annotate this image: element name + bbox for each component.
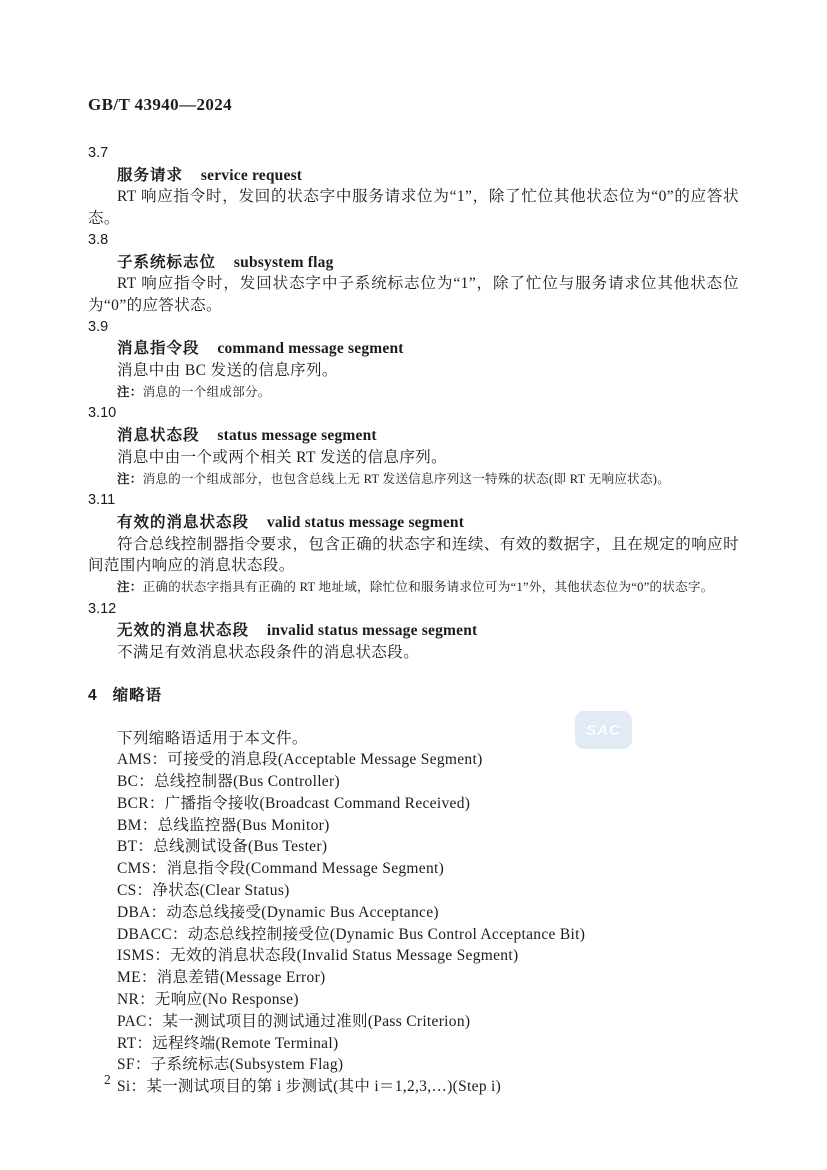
clause-3-9: 3.9 消息指令段 command message segment 消息中由 B… <box>88 317 739 404</box>
abbreviation-item: DBA：动态总线接受(Dynamic Bus Acceptance) <box>88 902 739 924</box>
clause-number: 3.7 <box>88 143 739 165</box>
abbreviation-item: BT：总线测试设备(Bus Tester) <box>88 836 739 858</box>
term-definition: RT 响应指令时，发回状态字中子系统标志位为“1”，除了忙位与服务请求位其他状态… <box>88 273 739 316</box>
clause-number: 3.11 <box>88 490 739 512</box>
document-page: GB/T 43940—2024 3.7 服务请求 service request… <box>0 0 827 1170</box>
term-definition: 符合总线控制器指令要求，包含正确的状态字和连续、有效的数据字，且在规定的响应时间… <box>88 534 739 577</box>
term-english: service request <box>201 167 302 184</box>
abbreviation-item: SF：子系统标志(Subsystem Flag) <box>88 1054 739 1076</box>
term-english: status message segment <box>217 427 376 444</box>
section-4-heading: 4缩略语 <box>88 685 739 707</box>
term-heading: 有效的消息状态段 valid status message segment <box>88 512 739 534</box>
clause-number: 3.12 <box>88 599 739 621</box>
abbreviation-item: Si：某一测试项目的第 i 步测试(其中 i＝1,2,3,…)(Step i) <box>88 1076 739 1098</box>
clause-3-10: 3.10 消息状态段 status message segment 消息中由一个… <box>88 403 739 490</box>
term-note: 注：消息的一个组成部分。 <box>88 382 739 404</box>
term-heading: 子系统标志位 subsystem flag <box>88 252 739 274</box>
note-label: 注： <box>117 580 143 594</box>
term-english: command message segment <box>217 340 403 357</box>
page-content: GB/T 43940—2024 3.7 服务请求 service request… <box>0 0 827 1098</box>
term-heading: 无效的消息状态段 invalid status message segment <box>88 620 739 642</box>
clause-3-11: 3.11 有效的消息状态段 valid status message segme… <box>88 490 739 599</box>
page-number: 2 <box>104 1072 111 1088</box>
abbreviation-item: BC：总线控制器(Bus Controller) <box>88 771 739 793</box>
term-chinese: 消息状态段 <box>117 427 200 444</box>
term-english: subsystem flag <box>234 254 334 271</box>
term-note: 注：正确的状态字指具有正确的 RT 地址域，除忙位和服务请求位可为“1”外，其他… <box>88 577 739 599</box>
term-note: 注：消息的一个组成部分，也包含总线上无 RT 发送信息序列这一特殊的状态(即 R… <box>88 469 739 491</box>
note-label: 注： <box>117 385 143 399</box>
term-heading: 消息状态段 status message segment <box>88 425 739 447</box>
term-definition: 不满足有效消息状态段条件的消息状态段。 <box>88 642 739 664</box>
abbreviation-item: AMS：可接受的消息段(Acceptable Message Segment) <box>88 749 739 771</box>
abbreviation-item: DBACC：动态总线控制接受位(Dynamic Bus Control Acce… <box>88 924 739 946</box>
section-title: 缩略语 <box>113 687 163 704</box>
note-text: 正确的状态字指具有正确的 RT 地址域，除忙位和服务请求位可为“1”外，其他状态… <box>143 580 714 594</box>
clause-number: 3.8 <box>88 230 739 252</box>
section-number: 4 <box>88 687 98 704</box>
term-definition: RT 响应指令时，发回的状态字中服务请求位为“1”，除了忙位其他状态位为“0”的… <box>88 186 739 229</box>
clause-3-12: 3.12 无效的消息状态段 invalid status message seg… <box>88 599 739 664</box>
abbreviation-item: RT：远程终端(Remote Terminal) <box>88 1033 739 1055</box>
note-text: 消息的一个组成部分，也包含总线上无 RT 发送信息序列这一特殊的状态(即 RT … <box>143 472 670 486</box>
abbreviation-item: ISMS：无效的消息状态段(Invalid Status Message Seg… <box>88 945 739 967</box>
abbreviation-item: PAC：某一测试项目的测试通过准则(Pass Criterion) <box>88 1011 739 1033</box>
sac-watermark-logo: SAC <box>575 711 632 749</box>
standard-number-header: GB/T 43940—2024 <box>88 94 739 116</box>
abbreviation-item: ME：消息差错(Message Error) <box>88 967 739 989</box>
abbreviation-item: NR：无响应(No Response) <box>88 989 739 1011</box>
abbreviation-item: BCR：广播指令接收(Broadcast Command Received) <box>88 793 739 815</box>
note-label: 注： <box>117 472 143 486</box>
term-chinese: 无效的消息状态段 <box>117 622 249 639</box>
abbreviations-intro: 下列缩略语适用于本文件。 <box>88 728 739 750</box>
note-text: 消息的一个组成部分。 <box>143 385 271 399</box>
abbreviation-item: CS：净状态(Clear Status) <box>88 880 739 902</box>
term-chinese: 有效的消息状态段 <box>117 514 249 531</box>
term-heading: 消息指令段 command message segment <box>88 338 739 360</box>
clause-3-7: 3.7 服务请求 service request RT 响应指令时，发回的状态字… <box>88 143 739 230</box>
term-chinese: 服务请求 <box>117 167 183 184</box>
clause-number: 3.9 <box>88 317 739 339</box>
term-chinese: 消息指令段 <box>117 340 200 357</box>
abbreviation-list: AMS：可接受的消息段(Acceptable Message Segment) … <box>88 749 739 1098</box>
term-english: valid status message segment <box>267 514 464 531</box>
abbreviation-item: CMS：消息指令段(Command Message Segment) <box>88 858 739 880</box>
term-definition: 消息中由一个或两个相关 RT 发送的信息序列。 <box>88 447 739 469</box>
abbreviation-item: BM：总线监控器(Bus Monitor) <box>88 815 739 837</box>
clause-number: 3.10 <box>88 403 739 425</box>
term-definition: 消息中由 BC 发送的信息序列。 <box>88 360 739 382</box>
term-heading: 服务请求 service request <box>88 165 739 187</box>
term-chinese: 子系统标志位 <box>117 254 216 271</box>
term-english: invalid status message segment <box>267 622 478 639</box>
clause-3-8: 3.8 子系统标志位 subsystem flag RT 响应指令时，发回状态字… <box>88 230 739 317</box>
